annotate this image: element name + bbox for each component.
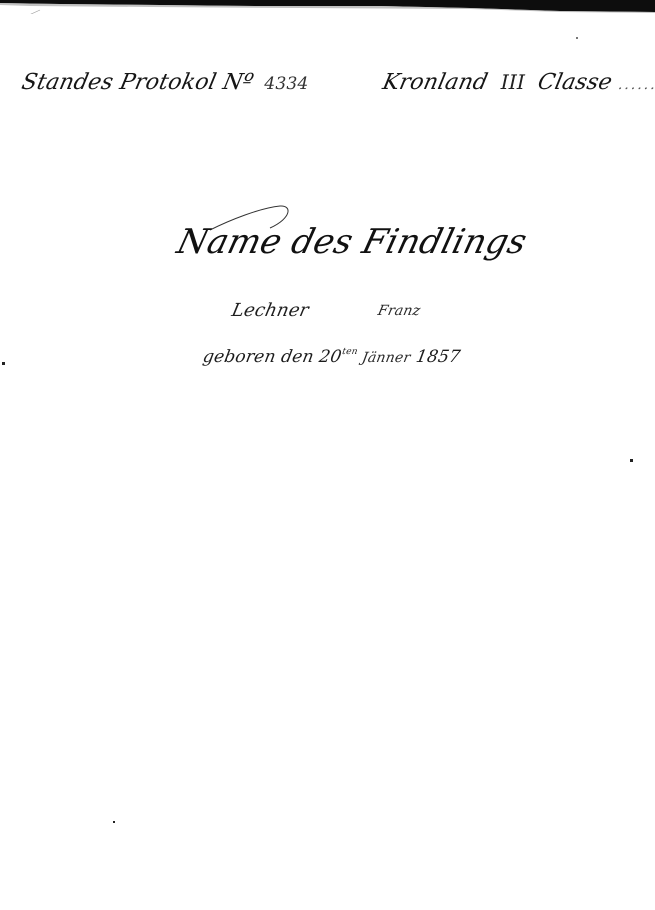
- birth-day-suffix: ten: [341, 347, 358, 357]
- protocol-number: 4334: [262, 74, 310, 94]
- class-label: Classe: [535, 70, 614, 95]
- region-label: Kronland: [380, 70, 490, 95]
- birth-month: Jänner: [361, 350, 412, 366]
- foundling-given-name: Franz: [376, 303, 422, 319]
- document-title: Name des Findlings: [173, 222, 531, 262]
- crown-land-class-line: Kronland III Classe .......: [380, 70, 655, 95]
- scanner-edge-band: [0, 0, 655, 14]
- protocol-label: Standes Protokol Nº: [19, 70, 256, 95]
- birth-year: 1857: [414, 347, 462, 367]
- class-numeral: III: [498, 70, 527, 94]
- scan-speck: [113, 821, 115, 823]
- protocol-number-line: Standes Protokol Nº 4334: [19, 70, 311, 95]
- scan-speck: [576, 37, 578, 39]
- class-fill-dots: .......: [617, 77, 655, 93]
- birth-label: geboren den: [201, 347, 315, 367]
- scan-speck: [630, 459, 633, 462]
- document-page: Standes Protokol Nº 4334 Kronland III Cl…: [0, 0, 655, 910]
- birth-date-line: geboren den 20ten Jänner 1857: [201, 347, 462, 367]
- foundling-surname: Lechner: [230, 300, 311, 321]
- birth-day: 20: [318, 347, 344, 367]
- scan-speck: [2, 362, 5, 365]
